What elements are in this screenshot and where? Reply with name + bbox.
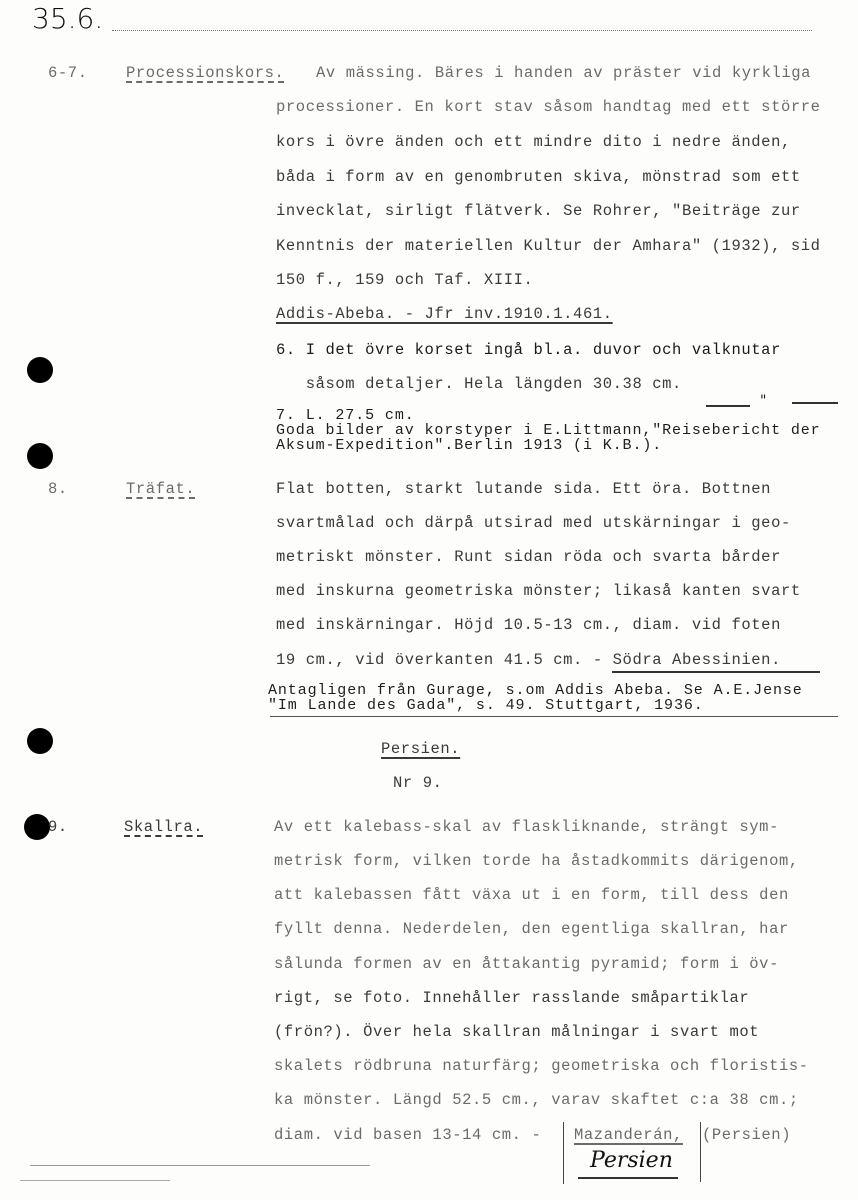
punch-hole-3 bbox=[27, 728, 53, 754]
entry-title: Processionskors. bbox=[126, 64, 284, 82]
entry-text-line: båda i form av en genombruten skiva, mön… bbox=[276, 168, 801, 186]
entry-text-line: kors i övre änden och ett mindre dito i … bbox=[276, 133, 791, 151]
entry-text-line: med inskurna geometriska mönster; likaså… bbox=[276, 582, 801, 600]
handwritten-page-number: 35.6. bbox=[32, 2, 103, 35]
punch-hole-2 bbox=[27, 443, 53, 469]
scan-artifact-line bbox=[20, 1180, 170, 1181]
punch-hole-1 bbox=[27, 357, 53, 383]
entry-last-line: diam. vid basen 13-14 cm. - bbox=[274, 1126, 541, 1144]
bracket-line-left bbox=[563, 1122, 564, 1184]
country-bracket: (Persien) bbox=[702, 1126, 791, 1144]
entry-place: Mazanderán, bbox=[574, 1126, 683, 1144]
entry-text-line: metriskt mönster. Runt sidan röda och sv… bbox=[276, 548, 781, 566]
entry-text-line: Av ett kalebass-skal av flaskliknande, s… bbox=[274, 818, 779, 836]
entry-text-line: ka mönster. Längd 52.5 cm., varav skafte… bbox=[274, 1091, 799, 1109]
entry-text-line: invecklat, sirligt flätverk. Se Rohrer, … bbox=[276, 202, 801, 220]
entry-number: 9. bbox=[48, 818, 68, 836]
entry-text-line: att kalebassen fått växa ut i en form, t… bbox=[274, 886, 789, 904]
entry-note-line: Aksum-Expedition".Berlin 1913 (i K.B.). bbox=[276, 438, 662, 453]
ditto-mark: " bbox=[760, 393, 766, 409]
entry-text-line: metrisk form, vilken torde ha åstadkommi… bbox=[274, 852, 799, 870]
sub-item-7: 7. L. 27.5 cm. bbox=[276, 408, 415, 423]
handwritten-underline bbox=[578, 1177, 678, 1179]
entry-text-line: processioner. En kort stav såsom handtag… bbox=[276, 98, 821, 116]
entry-note-line: Goda bilder av korstyper i E.Littmann,"R… bbox=[276, 423, 821, 438]
entry-text-line: med inskärningar. Höjd 10.5-13 cm., diam… bbox=[276, 616, 781, 634]
entry-note-line: "Im Lande des Gada", s. 49. Stuttgart, 1… bbox=[268, 698, 704, 713]
sub-item-6-cont: såsom detaljer. Hela längden 30.38 cm. bbox=[276, 375, 682, 393]
section-subheading: Nr 9. bbox=[393, 774, 443, 792]
sub-item-6: 6. I det övre korset ingå bl.a. duvor oc… bbox=[276, 341, 781, 359]
entry-text-line: Flat botten, starkt lutande sida. Ett ör… bbox=[276, 480, 771, 498]
entry-text-line: svartmålad och därpå utsirad med utskärn… bbox=[276, 514, 791, 532]
scan-artifact-line bbox=[30, 1165, 370, 1166]
entry-text-line: 19 cm., vid överkanten 41.5 cm. - Södra … bbox=[276, 651, 781, 669]
entry-number: 8. bbox=[48, 480, 68, 498]
bracket-line-right bbox=[700, 1122, 701, 1182]
punch-hole-4 bbox=[24, 814, 50, 840]
entry-number: 6-7. bbox=[48, 64, 88, 82]
entry-place-line: Addis-Abeba. - Jfr inv.1910.1.461. bbox=[276, 305, 613, 323]
entry-text-line: fyllt denna. Nederdelen, den egentliga s… bbox=[274, 920, 789, 938]
place-underline bbox=[612, 671, 820, 673]
entry-note-line: Antagligen från Gurage, s.om Addis Abeba… bbox=[268, 683, 803, 698]
section-heading: Persien. bbox=[381, 740, 460, 758]
entry-text-line: Av mässing. Bäres i handen av präster vi… bbox=[316, 64, 811, 82]
ditto-line-left bbox=[706, 405, 750, 407]
entry-title: Skallra. bbox=[124, 818, 203, 836]
entry-text-line: 150 f., 159 och Taf. XIII. bbox=[276, 271, 533, 289]
entry-text-line: (frön?). Över hela skallran målningar i … bbox=[274, 1023, 759, 1041]
ditto-line-right bbox=[792, 402, 838, 404]
entry-text-line: rigt, se foto. Innehåller rasslande småp… bbox=[274, 989, 749, 1007]
header-dotted-line bbox=[112, 30, 812, 31]
entry-title: Träfat. bbox=[126, 480, 195, 498]
entry-text-line: skalets rödbruna naturfärg; geometriska … bbox=[274, 1057, 809, 1075]
entry-text-line: Kenntnis der materiellen Kultur der Amha… bbox=[276, 237, 821, 255]
scanned-document-page: 35.6. 6-7. Processionskors. Av mässing. … bbox=[0, 0, 858, 1200]
handwritten-correction: Persien bbox=[590, 1148, 673, 1173]
entry-text-line: sålunda formen av en åttakantig pyramid;… bbox=[274, 955, 779, 973]
entry-separator-line bbox=[270, 716, 838, 717]
